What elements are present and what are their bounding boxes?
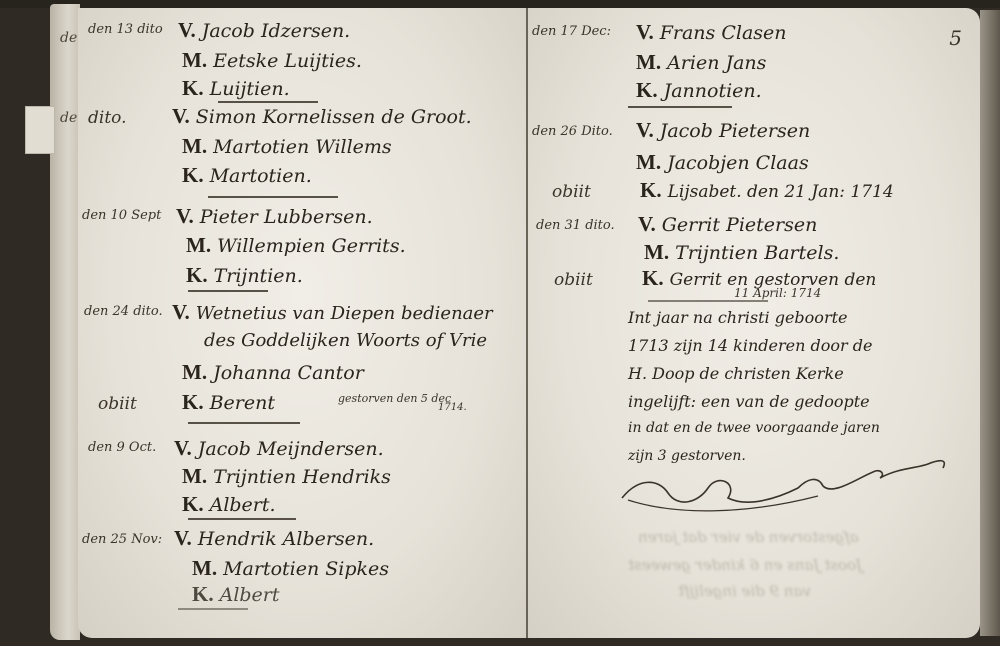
mother-label: M. <box>636 150 661 174</box>
child-name: Trijntien. <box>214 265 303 287</box>
mother-line: M.Martotien Sipkes <box>192 556 389 581</box>
summary-line: in dat en de twee voorgaande jaren <box>628 420 880 436</box>
child-line: K.Albert. <box>182 492 276 517</box>
margin-mark: de <box>60 110 77 126</box>
right-page-edge <box>980 10 1000 636</box>
obiit-note: obiit <box>554 270 593 290</box>
mother-name: Martotien Sipkes <box>223 558 389 580</box>
child-line: K.Berent <box>182 390 275 415</box>
bleed-through-text: van 9 die ingelijft <box>678 582 811 600</box>
father-label: V. <box>176 204 194 228</box>
father-line: V.Jacob Idzersen. <box>178 18 350 43</box>
child-line: K.Lijsabet. den 21 Jan: 1714 <box>640 178 894 203</box>
entry-divider <box>188 518 296 520</box>
child-name: Albert. <box>210 494 276 516</box>
margin-mark: de <box>60 30 77 46</box>
mother-line: M.Johanna Cantor <box>182 360 364 385</box>
flourish-signature <box>618 448 958 518</box>
mother-name: Jacobjen Claas <box>667 152 809 174</box>
child-line: K.Martotien. <box>182 163 312 188</box>
page-number: 5 <box>949 26 962 50</box>
child-name: Lijsabet. den 21 Jan: 1714 <box>668 182 894 202</box>
father-line: V.Gerrit Pietersen <box>638 212 817 237</box>
left-page-edge <box>50 4 80 640</box>
book-scan: de de den 13 dito V.Jacob Idzersen. M.Ee… <box>0 0 1000 646</box>
mother-label: M. <box>636 50 661 74</box>
father-line: V.Jacob Pietersen <box>636 118 810 143</box>
mother-line: M.Trijntien Hendriks <box>182 464 391 489</box>
mother-name: Willempien Gerrits. <box>217 235 406 257</box>
entry-date: den 26 Dito. <box>532 124 613 139</box>
summary-line: ingelijft: een van de gedoopte <box>628 392 870 411</box>
father-line: V.Pieter Lubbersen. <box>176 204 373 229</box>
entry-date: den 25 Nov: <box>82 532 162 547</box>
summary-line: 1713 zijn 14 kinderen door de <box>628 336 872 355</box>
mother-label: M. <box>182 134 207 158</box>
father-label: V. <box>636 118 654 142</box>
entry-divider <box>178 608 248 610</box>
child-label: K. <box>642 266 664 290</box>
mother-line: M.Martotien Willems <box>182 134 392 159</box>
mother-label: M. <box>182 464 207 488</box>
mother-name: Martotien Willems <box>213 136 392 158</box>
child-label: K. <box>182 76 204 100</box>
entry-date: den 9 Oct. <box>88 440 156 455</box>
mother-line: M.Eetske Luijties. <box>182 48 362 73</box>
father-label: V. <box>174 526 192 550</box>
mother-line: M.Arien Jans <box>636 50 766 75</box>
child-line: K.Albert <box>192 582 280 607</box>
father-name: Jacob Idzersen. <box>202 20 351 42</box>
mother-name: Arien Jans <box>667 52 766 74</box>
mother-line: M.Jacobjen Claas <box>636 150 809 175</box>
father-label: V. <box>172 300 190 324</box>
child-name: Luijtien. <box>210 78 290 100</box>
mother-line: M.Trijntien Bartels. <box>644 240 839 265</box>
mother-label: M. <box>186 233 211 257</box>
bleed-through-text: Joost Jans en 6 kinder geweest <box>628 556 862 574</box>
child-label: K. <box>182 163 204 187</box>
entry-date: den 10 Sept <box>82 208 161 223</box>
right-page: 5 den 17 Dec: V.Frans Clasen M.Arien Jan… <box>528 8 980 638</box>
entry-date: den 31 dito. <box>536 218 615 233</box>
father-name: Hendrik Albersen. <box>198 528 374 550</box>
death-note: gestorven den 5 dec <box>338 392 451 405</box>
father-name: Gerrit Pietersen <box>662 214 818 236</box>
entry-divider <box>188 290 268 292</box>
child-name: Albert <box>220 584 280 606</box>
child-label: K. <box>186 263 208 287</box>
entry-divider <box>208 196 338 198</box>
father-label: V. <box>172 104 190 128</box>
father-title-line: des Goddelijken Woorts of Vrie <box>204 330 487 351</box>
father-line: V.Jacob Meijndersen. <box>174 436 384 461</box>
entry-date: den 24 dito. <box>84 304 163 319</box>
mother-label: M. <box>182 360 207 384</box>
obiit-note: obiit <box>552 182 591 202</box>
child-line: K.Jannotien. <box>636 78 762 103</box>
mother-name: Trijntien Bartels. <box>675 242 839 264</box>
father-name: Wetnetius van Diepen bedienaer <box>196 303 493 324</box>
father-name: Simon Kornelissen de Groot. <box>196 106 472 128</box>
mother-name: Eetske Luijties. <box>213 50 362 72</box>
child-label: K. <box>636 78 658 102</box>
death-date-note: 11 April: 1714 <box>734 286 821 300</box>
top-shadow <box>0 0 1000 8</box>
child-name: Berent <box>210 392 275 414</box>
father-line: V.Hendrik Albersen. <box>174 526 374 551</box>
father-label: V. <box>178 18 196 42</box>
child-label: K. <box>182 390 204 414</box>
father-name: Jacob Meijndersen. <box>198 438 384 460</box>
child-line: K.Luijtien. <box>182 76 290 101</box>
mother-label: M. <box>182 48 207 72</box>
father-name: Frans Clasen <box>660 22 787 44</box>
child-label: K. <box>182 492 204 516</box>
mother-label: M. <box>644 240 669 264</box>
father-name: Jacob Pietersen <box>660 120 811 142</box>
child-line: K.Trijntien. <box>186 263 303 288</box>
bleed-through-text: afgestorven de vier dat jaren <box>638 528 859 546</box>
obiit-note: obiit <box>98 394 137 414</box>
entry-divider <box>648 300 768 302</box>
entry-divider <box>628 106 732 108</box>
entry-date: dito. <box>88 108 127 128</box>
father-line: V.Wetnetius van Diepen bedienaer <box>172 300 493 325</box>
mother-line: M.Willempien Gerrits. <box>186 233 406 258</box>
child-name: Martotien. <box>210 165 312 187</box>
entry-date: den 13 dito <box>88 22 163 37</box>
mother-name: Trijntien Hendriks <box>213 466 391 488</box>
death-year: 1714. <box>438 402 467 413</box>
child-label: K. <box>192 582 214 606</box>
entry-divider <box>188 422 300 424</box>
father-label: V. <box>638 212 656 236</box>
left-page: den 13 dito V.Jacob Idzersen. M.Eetske L… <box>78 8 529 638</box>
mother-name: Johanna Cantor <box>213 362 364 384</box>
entry-date: den 17 Dec: <box>532 24 611 39</box>
summary-line: H. Doop de christen Kerke <box>628 364 844 383</box>
paper-tab-slip <box>25 106 55 154</box>
entry-divider <box>218 101 318 103</box>
father-label: V. <box>636 20 654 44</box>
father-line: V.Frans Clasen <box>636 20 787 45</box>
summary-line: Int jaar na christi geboorte <box>628 308 847 327</box>
father-label: V. <box>174 436 192 460</box>
child-label: K. <box>640 178 662 202</box>
father-line: V.Simon Kornelissen de Groot. <box>172 104 472 129</box>
child-name: Jannotien. <box>664 80 762 102</box>
father-name: Pieter Lubbersen. <box>200 206 373 228</box>
mother-label: M. <box>192 556 217 580</box>
